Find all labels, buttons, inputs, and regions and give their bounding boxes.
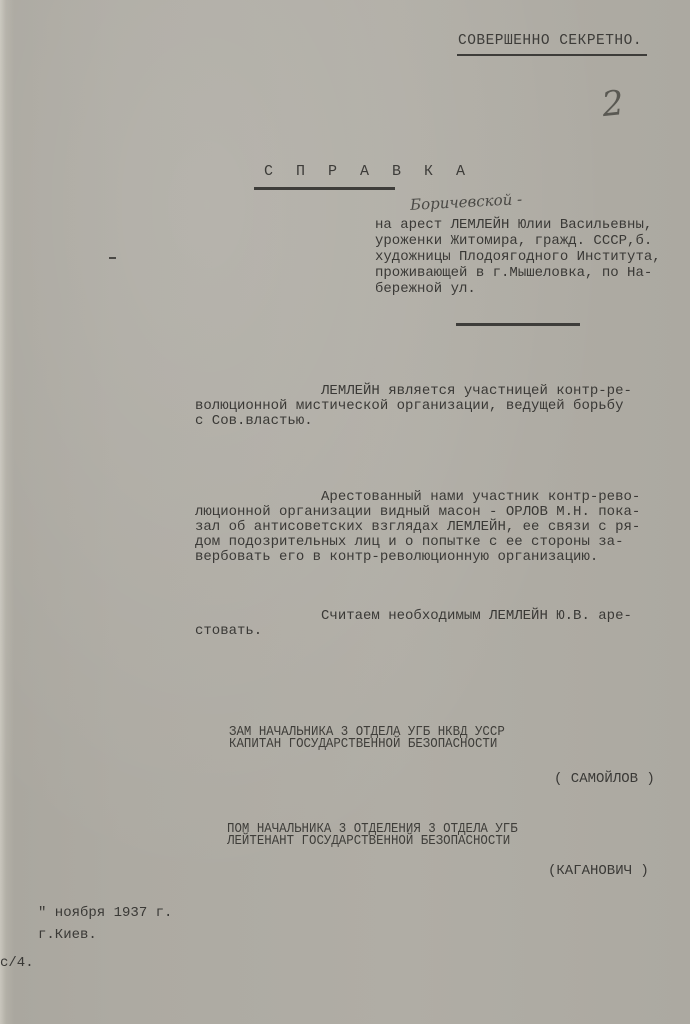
- subject-line: проживающей в г.Мышеловка, по На-: [375, 265, 661, 281]
- paragraph-line: вербовать его в контр-революционную орга…: [195, 550, 640, 565]
- signatory-2-position: ПОМ НАЧАЛЬНИКА 3 ОТДЕЛЕНИЯ 3 ОТДЕЛА УГБЛ…: [227, 824, 518, 848]
- signatory-2-name: (КАГАНОВИЧ ): [548, 863, 649, 879]
- date-block: " ноября 1937 г.г.Киев.: [38, 902, 172, 946]
- paragraph-line: Считаем необходимым ЛЕМЛЕЙН Ю.В. аре-: [195, 609, 632, 624]
- date-line: " ноября 1937 г.: [38, 902, 172, 924]
- paragraph-line: зал об антисоветских взглядах ЛЕМЛЕЙН, е…: [195, 520, 640, 535]
- document-page: СОВЕРШЕННО СЕКРЕТНО. 2 С П Р А В К А Бор…: [0, 0, 690, 1024]
- document-title: С П Р А В К А: [264, 163, 472, 180]
- signatory-1-position: ЗАМ НАЧАЛЬНИКА 3 ОТДЕЛА УГБ НКВД УССРКАП…: [229, 727, 505, 751]
- subject-line: бережной ул.: [375, 281, 661, 297]
- margin-mark: [109, 257, 116, 259]
- subject-block: на арест ЛЕМЛЕЙН Юлии Васильевны,уроженк…: [375, 217, 661, 297]
- subject-line: уроженки Житомира, гражд. СССР,б.: [375, 233, 661, 249]
- paragraph-2: Арестованный нами участник контр-рево-лю…: [195, 490, 640, 565]
- paragraph-line: Арестованный нами участник контр-рево-: [195, 490, 640, 505]
- paragraph-3: Считаем необходимым ЛЕМЛЕЙН Ю.В. аре-сто…: [195, 609, 632, 639]
- position-line: КАПИТАН ГОСУДАРСТВЕННОЙ БЕЗОПАСНОСТИ: [229, 739, 505, 751]
- title-underline: [254, 187, 395, 190]
- classification-stamp: СОВЕРШЕННО СЕКРЕТНО.: [458, 33, 642, 49]
- paragraph-1: ЛЕМЛЕЙН является участницей контр-ре-вол…: [195, 384, 632, 429]
- paragraph-line: люционной организации видный масон - ОРЛ…: [195, 505, 640, 520]
- sheet-number: 2: [600, 83, 626, 125]
- signatory-1-name: ( САМОЙЛОВ ): [554, 771, 655, 787]
- paragraph-line: ЛЕМЛЕЙН является участницей контр-ре-: [195, 384, 632, 399]
- separator-line: [456, 323, 580, 326]
- handwritten-note: Боричевской -: [410, 190, 523, 214]
- place-line: г.Киев.: [38, 924, 172, 946]
- paragraph-line: дом подозрительных лиц и о попытке с ее …: [195, 535, 640, 550]
- paragraph-line: волюционной мистической организации, вед…: [195, 399, 632, 414]
- paragraph-line: с Сов.властью.: [195, 414, 632, 429]
- reference-code: с/4.: [0, 955, 34, 971]
- subject-line: художницы Плодоягодного Института,: [375, 249, 661, 265]
- subject-line: на арест ЛЕМЛЕЙН Юлии Васильевны,: [375, 217, 661, 233]
- position-line: ЛЕЙТЕНАНТ ГОСУДАРСТВЕННОЙ БЕЗОПАСНОСТИ: [227, 836, 518, 848]
- classification-underline: [457, 54, 647, 56]
- paragraph-line: стовать.: [195, 624, 632, 639]
